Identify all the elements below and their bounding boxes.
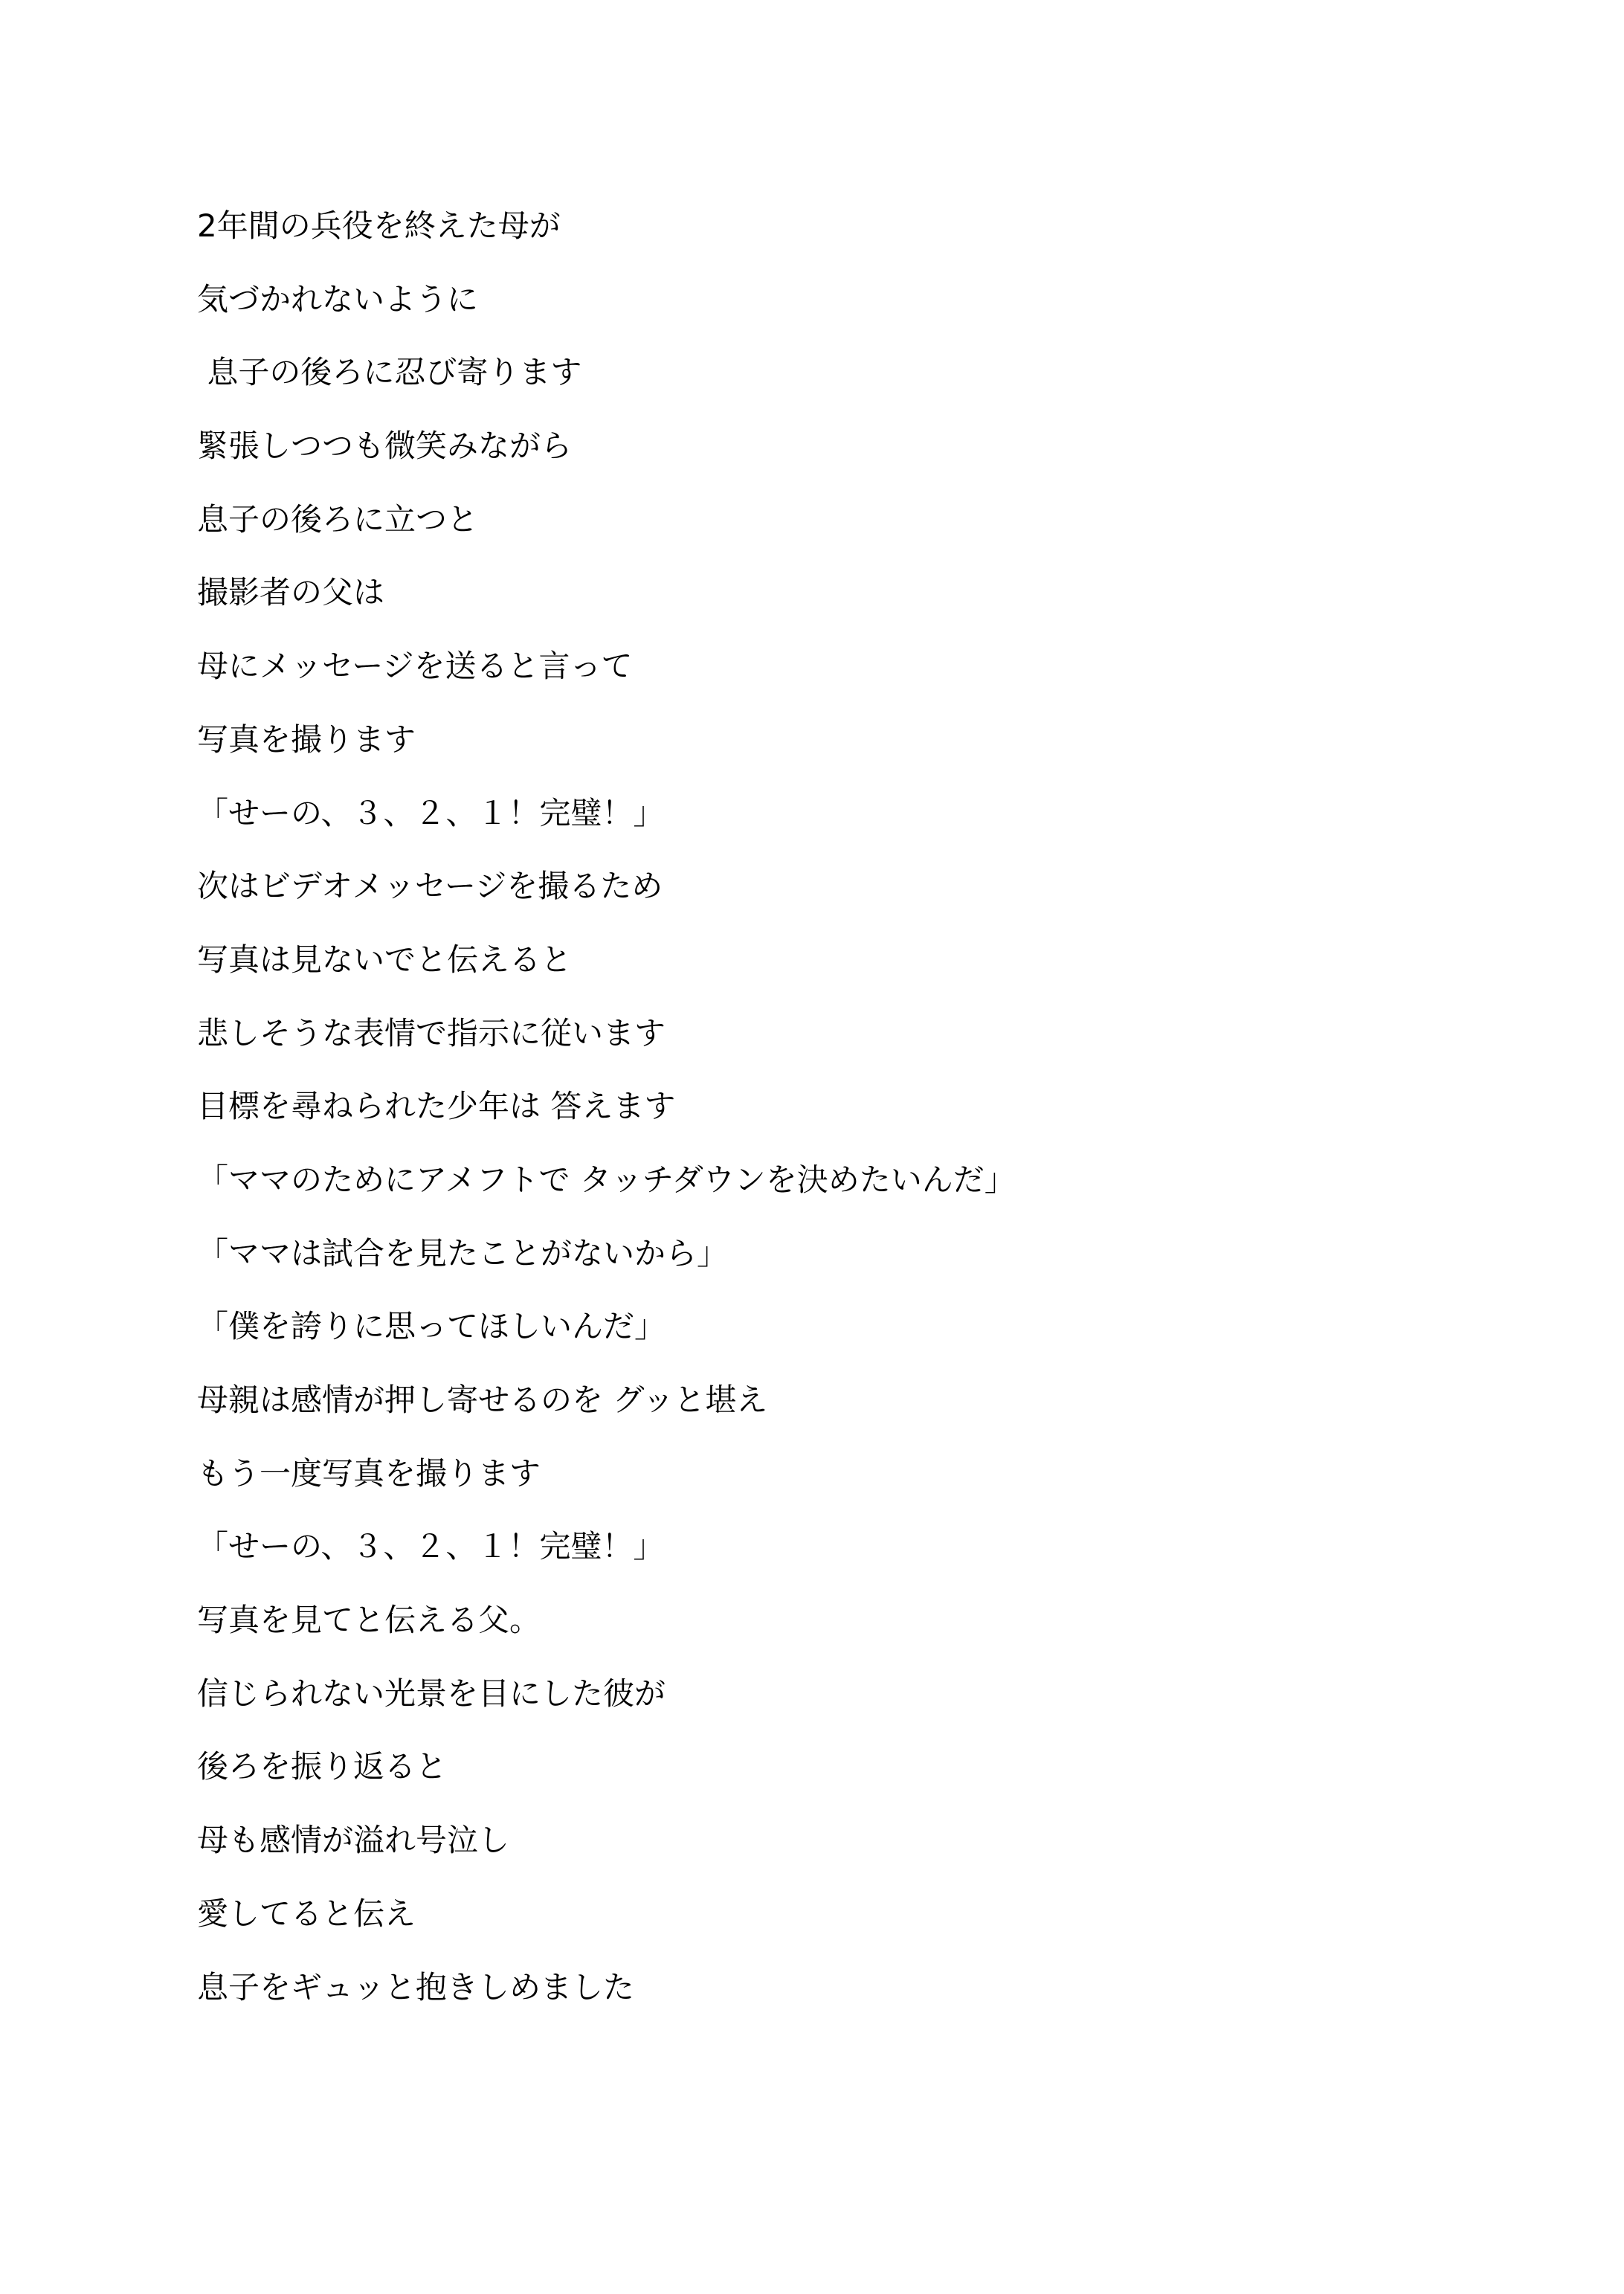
text-line: 撮影者の父は bbox=[197, 572, 1016, 645]
text-line: 悲しそうな表情で指示に従います bbox=[197, 1013, 1016, 1086]
text-line: 写真を撮ります bbox=[197, 719, 1016, 793]
text-line: 目標を尋ねられた少年は 答えます bbox=[197, 1086, 1016, 1159]
text-line: 「せーの、３、２、１！完璧！」 bbox=[197, 1526, 1016, 1599]
text-line: 「せーの、３、２、１！完璧！」 bbox=[197, 793, 1016, 866]
text-body: 2年間の兵役を終えた母が 気づかれないように 息子の後ろに忍び寄ります 緊張しつ… bbox=[197, 205, 1016, 2040]
text-line: 息子の後ろに立つと bbox=[197, 499, 1016, 573]
text-line: 息子をギュッと抱きしめました bbox=[197, 1967, 1016, 2040]
text-line: 「僕を誇りに思ってほしいんだ」 bbox=[197, 1306, 1016, 1379]
text-line: もう一度写真を撮ります bbox=[197, 1453, 1016, 1527]
text-line: 「ママは試合を見たことがないから」 bbox=[197, 1233, 1016, 1307]
text-line: 「ママのためにアメフトで タッチダウンを決めたいんだ」 bbox=[197, 1159, 1016, 1233]
text-line: 愛してると伝え bbox=[197, 1893, 1016, 1967]
text-line: 母にメッセージを送ると言って bbox=[197, 645, 1016, 719]
text-line: 緊張しつつも微笑みながら bbox=[197, 425, 1016, 499]
text-line: 後ろを振り返ると bbox=[197, 1746, 1016, 1820]
document-page: 2年間の兵役を終えた母が 気づかれないように 息子の後ろに忍び寄ります 緊張しつ… bbox=[0, 0, 1624, 2294]
text-line: 次はビデオメッセージを撮るため bbox=[197, 866, 1016, 939]
text-line: 写真は見ないでと伝えると bbox=[197, 939, 1016, 1013]
text-line: 写真を見てと伝える父。 bbox=[197, 1599, 1016, 1673]
text-line: 息子の後ろに忍び寄ります bbox=[197, 352, 1016, 425]
text-line: 母も感情が溢れ号泣し bbox=[197, 1820, 1016, 1893]
text-line: 信じられない光景を目にした彼が bbox=[197, 1673, 1016, 1747]
text-line: 気づかれないように bbox=[197, 279, 1016, 352]
text-line: 母親は感情が押し寄せるのを グッと堪え bbox=[197, 1379, 1016, 1453]
text-line: 2年間の兵役を終えた母が bbox=[197, 205, 1016, 279]
